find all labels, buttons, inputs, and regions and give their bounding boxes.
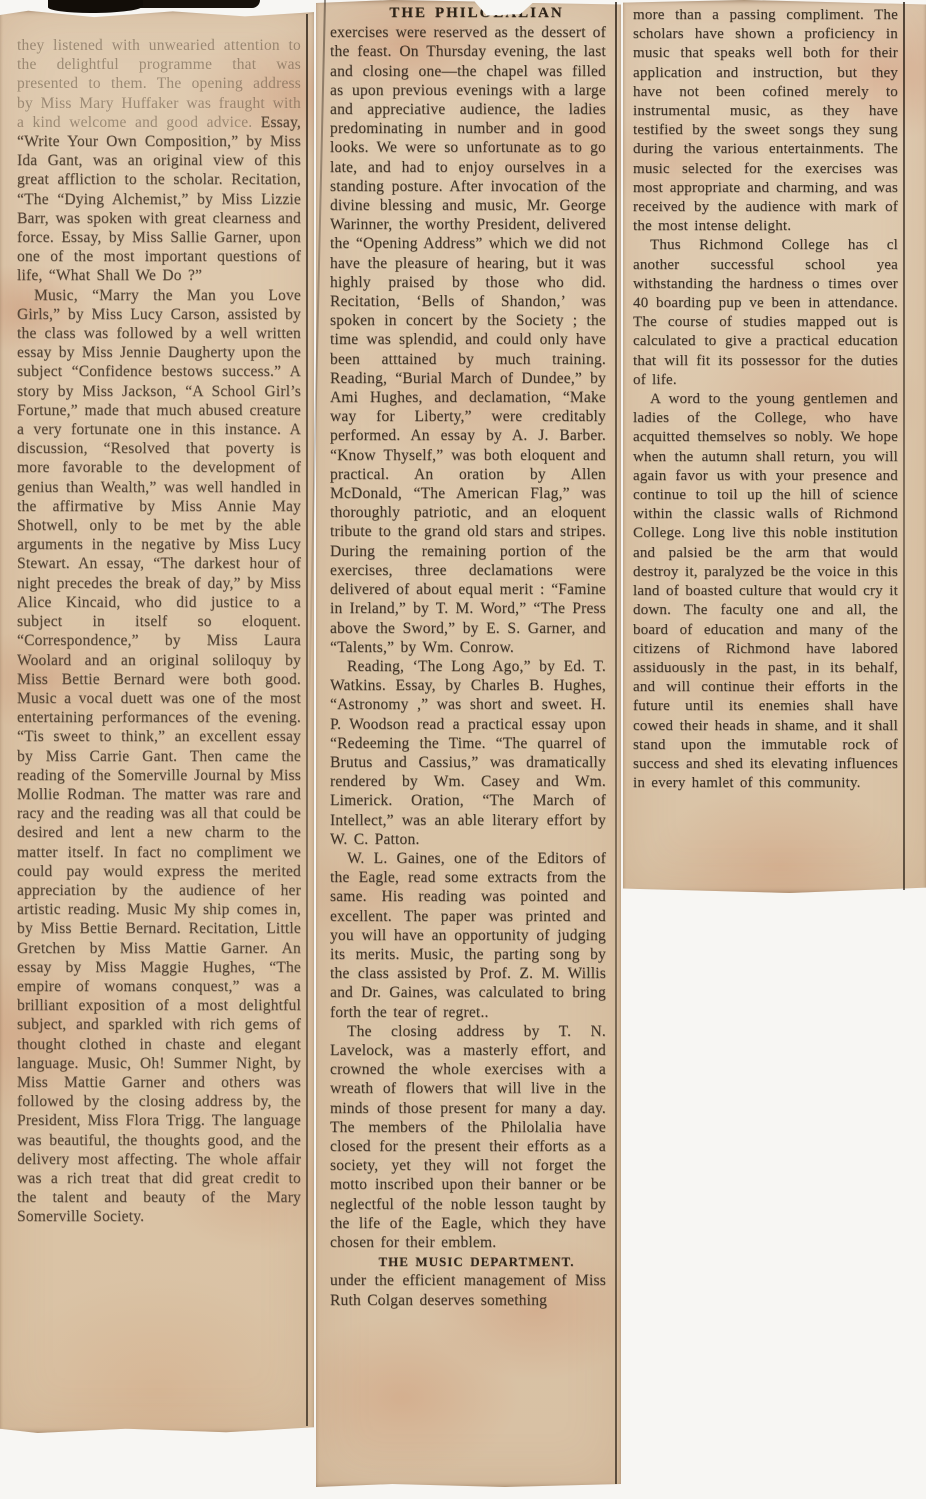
- article-heading: THE PHILOLALIAN: [330, 4, 606, 23]
- paragraph: Thus Richmond College has cl another suc…: [633, 236, 898, 390]
- faded-print-text: they listened with unwearied attention t…: [17, 37, 301, 131]
- paragraph: more than a passing compliment. The scho…: [633, 6, 898, 236]
- paragraph: W. L. Gaines, one of the Editors of the …: [330, 849, 606, 1022]
- column-rule: [903, 2, 905, 890]
- ink-smudge: [48, 0, 143, 13]
- paragraph-text: Essay, “Write Your Own Composition,” by …: [17, 114, 301, 285]
- column-rule: [615, 2, 617, 1484]
- music-department-heading: THE MUSIC DEPARTMENT.: [330, 1252, 606, 1271]
- paragraph: Music, “Marry the Man you Love Girls,” b…: [17, 286, 301, 1227]
- clipping-column-middle: THE PHILOLALIAN exercises were reserved …: [316, 0, 621, 1487]
- paragraph: Reading, ‘The Long Ago,” by Ed. T. Watki…: [330, 657, 606, 849]
- paragraph: exercises were reserved as the dessert o…: [330, 23, 606, 657]
- paragraph: under the efficient management of Miss R…: [330, 1271, 606, 1309]
- paragraph: The closing address by T. N. Lavelock, w…: [330, 1022, 606, 1252]
- clipping-column-right: more than a passing compliment. The scho…: [623, 0, 926, 893]
- scanned-newspaper-page: they listened with unwearied attention t…: [0, 0, 926, 1499]
- clipping-column-left: they listened with unwearied attention t…: [0, 10, 314, 1433]
- paragraph: they listened with unwearied attention t…: [17, 36, 301, 286]
- paragraph: A word to the young gentlemen and ladies…: [633, 390, 898, 793]
